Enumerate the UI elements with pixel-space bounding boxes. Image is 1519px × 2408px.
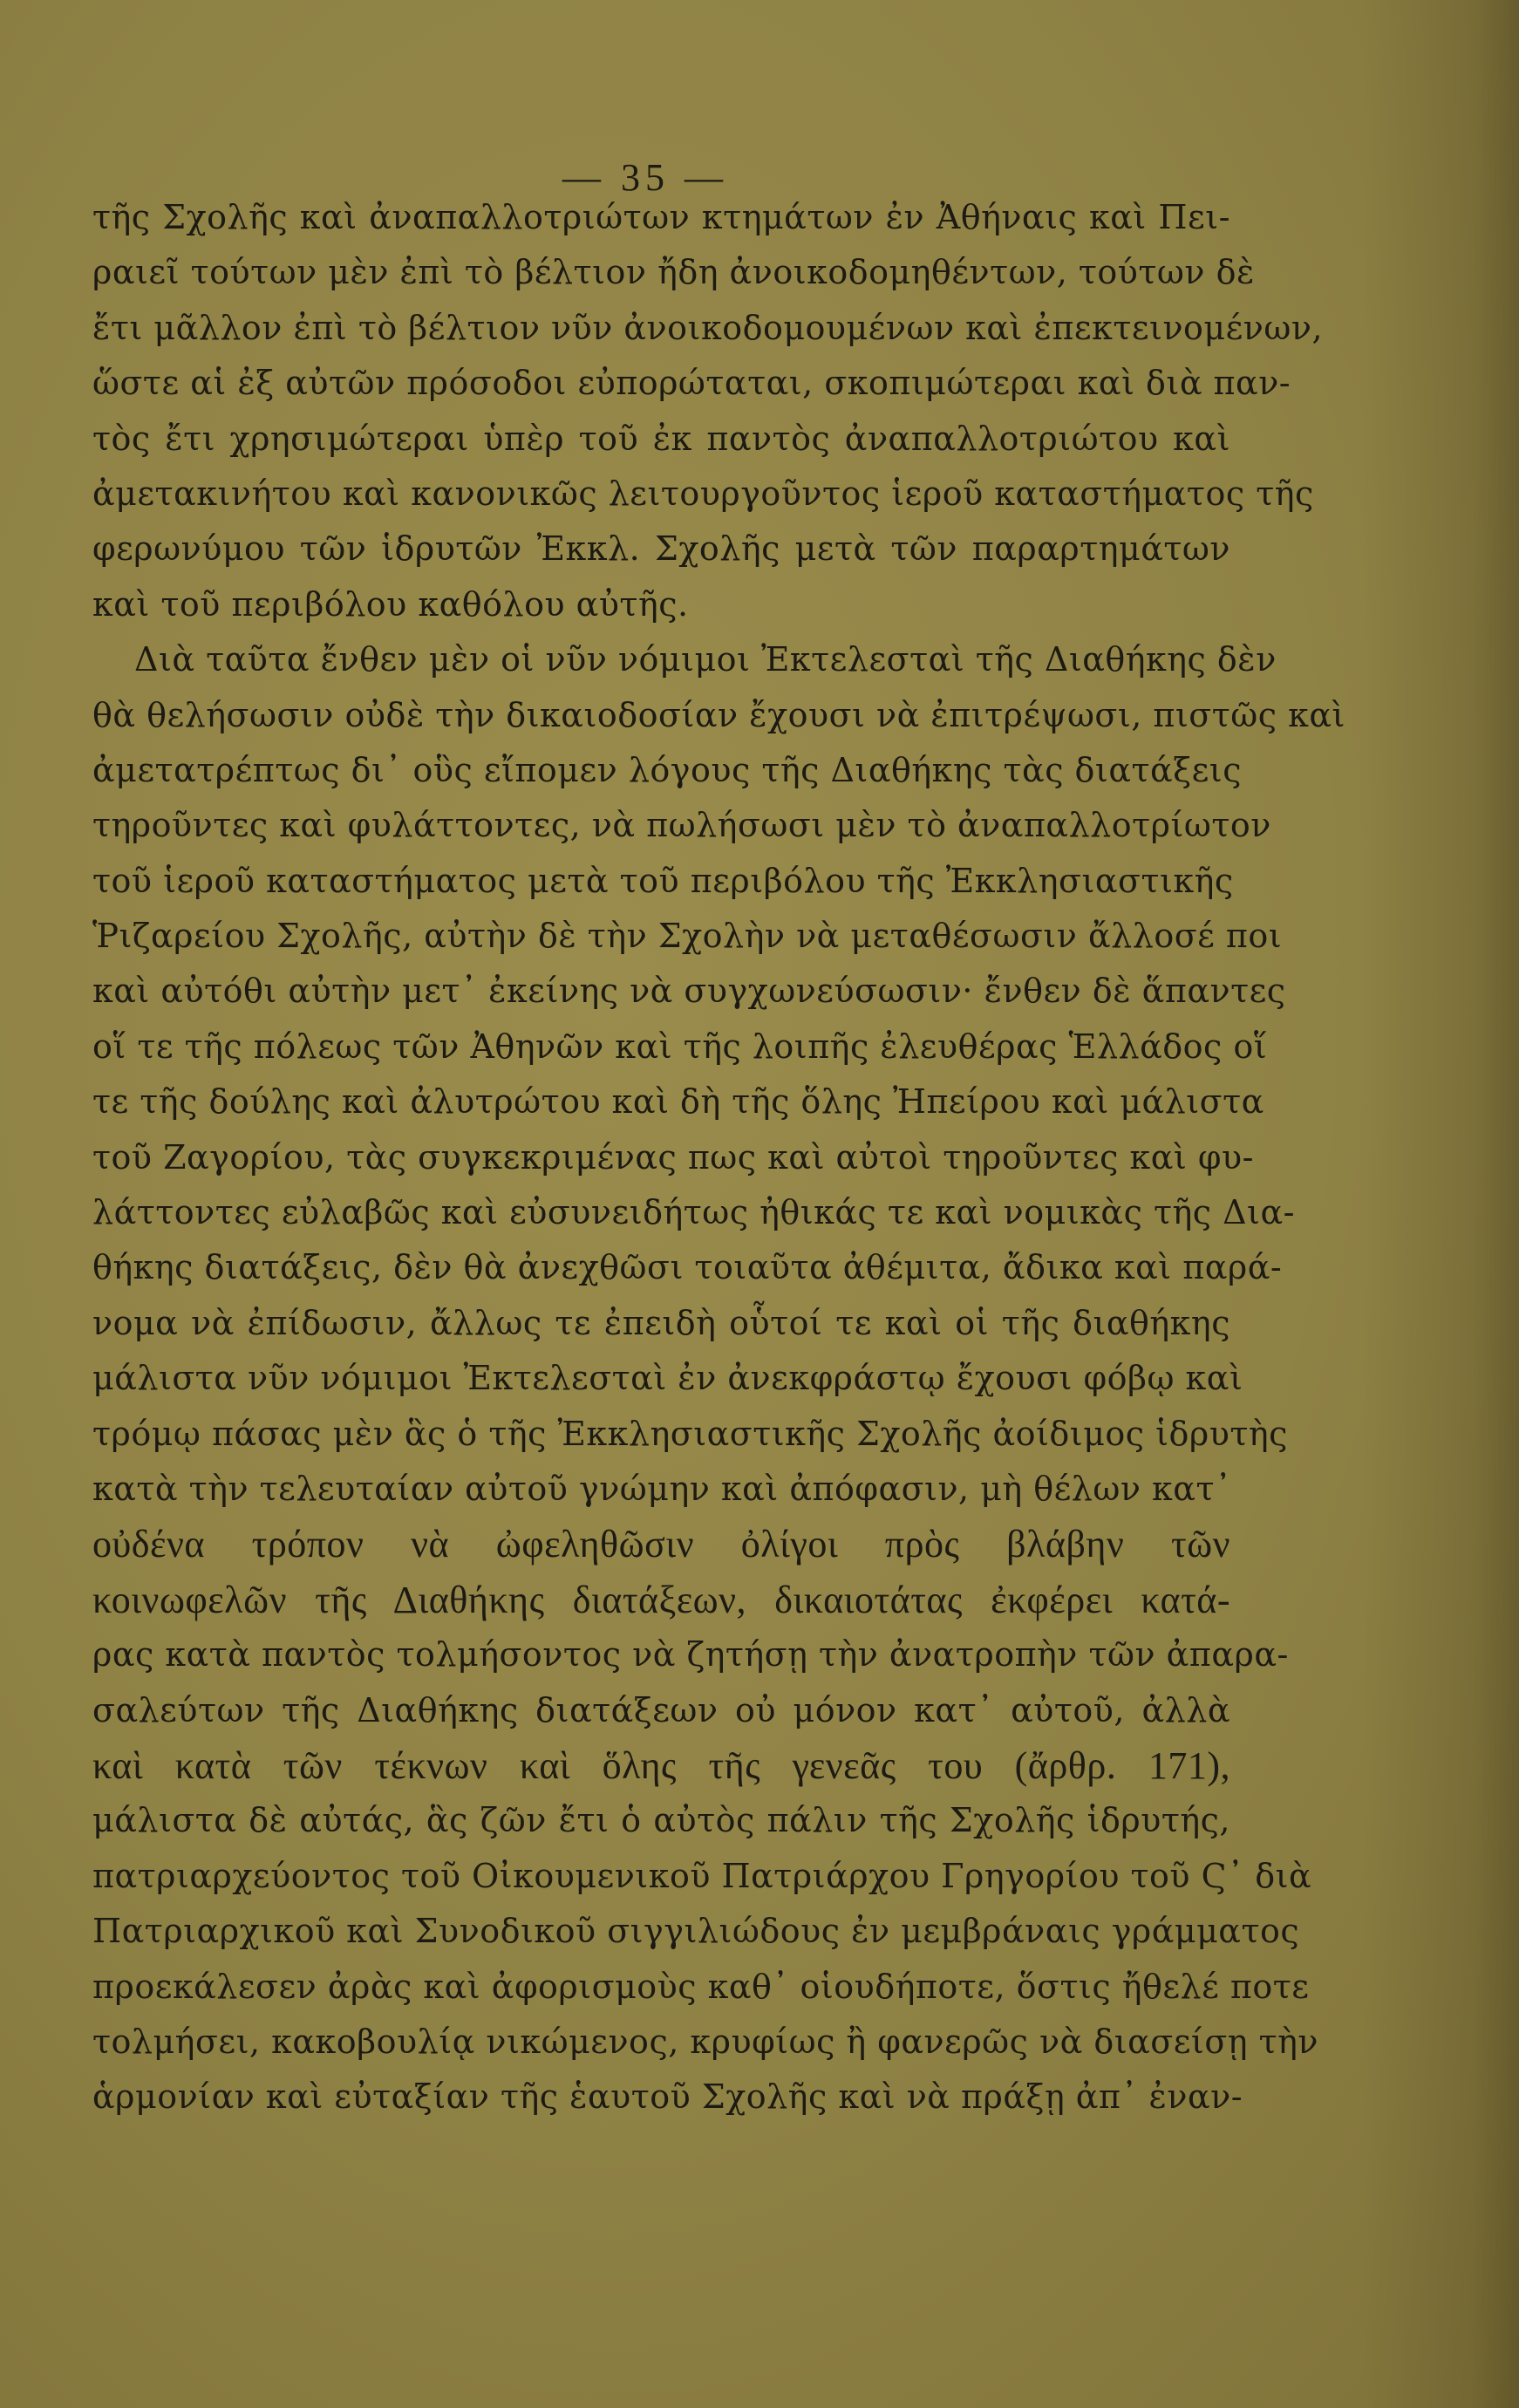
text-line: προεκάλεσεν ἀρὰς καὶ ἀφορισμοὺς καθ᾽ οἱο… — [92, 1960, 1230, 2015]
text-line: Πατριαρχικοῦ καὶ Συνοδικοῦ σιγγιλιώδους … — [92, 1904, 1230, 1959]
text-line: τηροῦντες καὶ φυλάττοντες, νὰ πωλήσωσι μ… — [92, 798, 1230, 853]
body-text: τῆς Σχολῆς καὶ ἀναπαλλοτριώτων κτημάτων … — [92, 190, 1230, 2125]
text-line-paragraph-start: Διὰ ταῦτα ἔνθεν μὲν οἱ νῦν νόμιμοι Ἐκτελ… — [92, 632, 1230, 687]
text-line: σαλεύτων τῆς Διαθήκης διατάξεων οὐ μόνον… — [92, 1683, 1230, 1738]
text-line: καὶ αὐτόθι αὐτὴν μετ᾽ ἐκείνης νὰ συγχωνε… — [92, 964, 1230, 1019]
text-line: Ῥιζαρείου Σχολῆς, αὐτὴν δὲ τὴν Σχολὴν νὰ… — [92, 909, 1230, 964]
text-line: ἔτι μᾶλλον ἐπὶ τὸ βέλτιον νῦν ἀνοικοδομο… — [92, 301, 1230, 356]
text-line: τῆς Σχολῆς καὶ ἀναπαλλοτριώτων κτημάτων … — [92, 190, 1230, 245]
text-line: οἵ τε τῆς πόλεως τῶν Ἀθηνῶν καὶ τῆς λοιπ… — [92, 1020, 1230, 1074]
text-line: νομα νὰ ἐπίδωσιν, ἄλλως τε ἐπειδὴ οὗτοί … — [92, 1296, 1230, 1351]
text-line: ραιεῖ τούτων μὲν ἐπὶ τὸ βέλτιον ἤδη ἀνοι… — [92, 245, 1230, 300]
text-line: τρόμῳ πάσας μὲν ἃς ὁ τῆς Ἐκκλησιαστικῆς … — [92, 1407, 1230, 1462]
text-line: μάλιστα νῦν νόμιμοι Ἐκτελεσταὶ ἐν ἀνεκφρ… — [92, 1351, 1230, 1406]
text-line-large-type: καὶ κατὰ τῶν τέκνων καὶ ὅλης τῆς γενεᾶς … — [92, 1738, 1230, 1793]
text-line: θήκης διατάξεις, δὲν θὰ ἀνεχθῶσι τοιαῦτα… — [92, 1240, 1230, 1295]
text-line-large-type: οὐδένα τρόπον νὰ ὠφεληθῶσιν ὀλίγοι πρὸς … — [92, 1517, 1230, 1572]
text-line: θὰ θελήσωσιν οὐδὲ τὴν δικαιοδοσίαν ἔχουσ… — [92, 688, 1230, 743]
text-line: ὥστε αἱ ἐξ αὐτῶν πρόσοδοι εὐπορώταται, σ… — [92, 356, 1230, 411]
text-line: ἀμετατρέπτως δι᾽ οὓς εἴπομεν λόγους τῆς … — [92, 743, 1230, 798]
text-line: μάλιστα δὲ αὐτάς, ἃς ζῶν ἔτι ὁ αὐτὸς πάλ… — [92, 1793, 1230, 1848]
text-line-large-type: κοινωφελῶν τῆς Διαθήκης διατάξεων, δικαι… — [92, 1572, 1230, 1627]
text-line: φερωνύμου τῶν ἱδρυτῶν Ἐκκλ. Σχολῆς μετὰ … — [92, 522, 1230, 576]
text-line-paragraph-end: καὶ τοῦ περιβόλου καθόλου αὐτῆς. — [92, 577, 1230, 632]
text-line: τοῦ ἱεροῦ καταστήματος μετὰ τοῦ περιβόλο… — [92, 854, 1230, 909]
text-line: τε τῆς δούλης καὶ ἀλυτρώτου καὶ δὴ τῆς ὅ… — [92, 1074, 1230, 1129]
text-line: τολμήσει, κακοβουλίᾳ νικώμενος, κρυφίως … — [92, 2015, 1230, 2070]
text-line: τὸς ἔτι χρησιμώτεραι ὑπὲρ τοῦ ἐκ παντὸς … — [92, 412, 1230, 467]
text-line: ρας κατὰ παντὸς τολμήσοντος νὰ ζητήσῃ τὴ… — [92, 1627, 1230, 1682]
text-line: λάττοντες εὐλαβῶς καὶ εὐσυνειδήτως ἠθικά… — [92, 1185, 1230, 1240]
page-shadow-edge — [1362, 0, 1519, 2408]
text-line: κατὰ τὴν τελευταίαν αὐτοῦ γνώμην καὶ ἀπό… — [92, 1462, 1230, 1517]
text-line: τοῦ Ζαγορίου, τὰς συγκεκριμένας πως καὶ … — [92, 1130, 1230, 1185]
text-line: ἀμετακινήτου καὶ κανονικῶς λειτουργοῦντο… — [92, 467, 1230, 522]
text-line: ἁρμονίαν καὶ εὐταξίαν τῆς ἑαυτοῦ Σχολῆς … — [92, 2070, 1230, 2125]
text-line: πατριαρχεύοντος τοῦ Οἰκουμενικοῦ Πατριάρ… — [92, 1849, 1230, 1904]
